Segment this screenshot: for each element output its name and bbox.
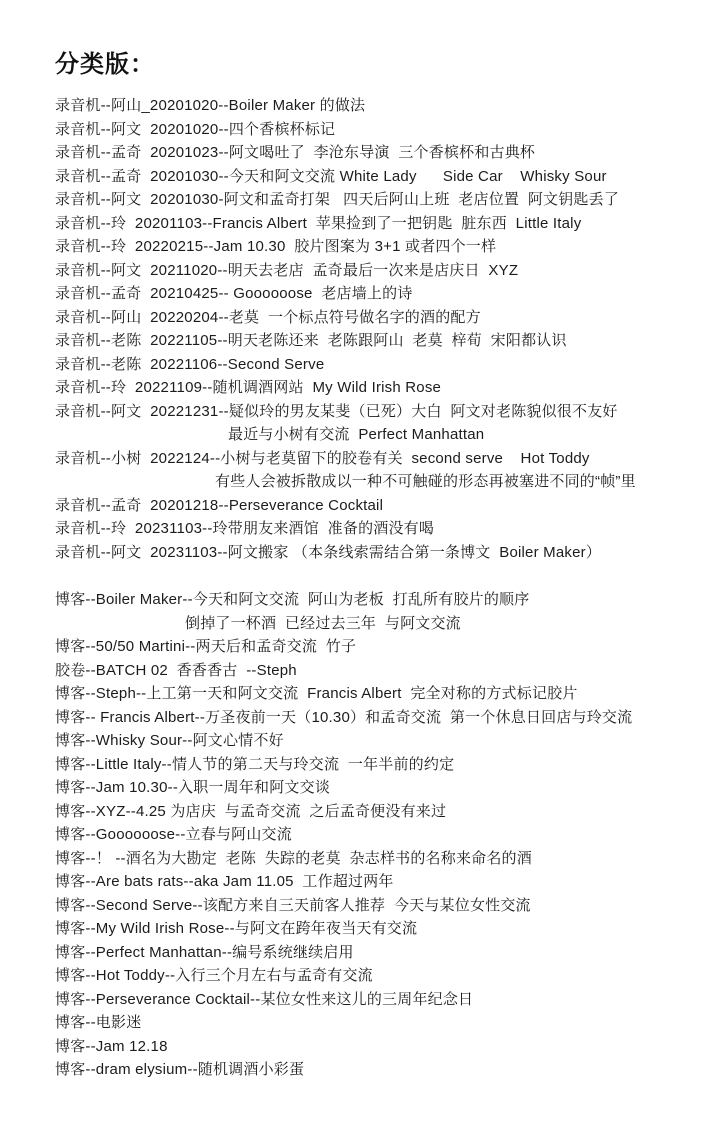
entry-line: 博客--Little Italy--情人节的第二天与玲交流 一年半前的约定 (55, 753, 712, 777)
entry-line: 录音机--阿文 20211020--明天去老店 孟奇最后一次来是店庆日 XYZ (55, 259, 712, 283)
entry-line: 博客--！ --酒名为大勘定 老陈 失踪的老莫 杂志样书的名称来命名的酒 (55, 847, 712, 871)
entry-line: 录音机--阿文 20201020--四个香槟杯标记 (55, 118, 712, 142)
entry-line: 博客--dram elysium--随机调酒小彩蛋 (55, 1058, 712, 1082)
entry-line: 博客--Are bats rats--aka Jam 11.05 工作超过两年 (55, 870, 712, 894)
entry-line: 录音机--玲 20231103--玲带朋友来酒馆 准备的酒没有喝 (55, 517, 712, 541)
entry-line: 录音机--老陈 20221106--Second Serve (55, 353, 712, 377)
entry-line: 有些人会被拆散成以一种不可触碰的形态再被塞进不同的“帧”里 (55, 470, 712, 494)
entry-line: 博客--XYZ--4.25 为店庆 与孟奇交流 之后孟奇便没有来过 (55, 800, 712, 824)
entry-line: 博客-- Francis Albert--万圣夜前一天（10.30）和孟奇交流 … (55, 706, 712, 730)
entry-line: 录音机--玲 20221109--随机调酒网站 My Wild Irish Ro… (55, 376, 712, 400)
entry-line: 录音机--阿文 20231103--阿文搬家 （本条线索需结合第一条博文 Boi… (55, 541, 712, 565)
entry-line: 博客--Goooooose--立春与阿山交流 (55, 823, 712, 847)
section-gap (55, 564, 712, 588)
entry-line: 博客--Boiler Maker--今天和阿文交流 阿山为老板 打乱所有胶片的顺… (55, 588, 712, 612)
entry-line: 倒掉了一杯酒 已经过去三年 与阿文交流 (55, 612, 712, 636)
entry-line: 录音机--玲 20220215--Jam 10.30 胶片图案为 3+1 或者四… (55, 235, 712, 259)
entry-line: 博客--Perfect Manhattan--编号系统继续启用 (55, 941, 712, 965)
entry-line: 博客--Jam 12.18 (55, 1035, 712, 1059)
entry-line: 博客--My Wild Irish Rose--与阿文在跨年夜当天有交流 (55, 917, 712, 941)
entry-line: 录音机--孟奇 20201218--Perseverance Cocktail (55, 494, 712, 518)
entry-line: 胶卷--BATCH 02 香香香古 --Steph (55, 659, 712, 683)
entry-line: 博客--Second Serve--该配方来自三天前客人推荐 今天与某位女性交流 (55, 894, 712, 918)
entry-line: 博客--Whisky Sour--阿文心情不好 (55, 729, 712, 753)
entry-line: 博客--50/50 Martini--两天后和孟奇交流 竹子 (55, 635, 712, 659)
page-title: 分类版： (55, 44, 712, 79)
entry-line: 录音机--小树 2022124--小树与老莫留下的胶卷有关 second ser… (55, 447, 712, 471)
document-page: 分类版： 录音机--阿山_20201020--Boiler Maker 的做法录… (0, 0, 720, 1136)
entry-line: 录音机--阿文 20221231--疑似玲的男友某斐（已死）大白 阿文对老陈貌似… (55, 400, 712, 424)
entry-line: 录音机--孟奇 20210425-- Goooooose 老店墙上的诗 (55, 282, 712, 306)
entry-line: 博客--Steph--上工第一天和阿文交流 Francis Albert 完全对… (55, 682, 712, 706)
blog-section: 博客--Boiler Maker--今天和阿文交流 阿山为老板 打乱所有胶片的顺… (55, 588, 712, 1082)
entry-line: 录音机--孟奇 20201023--阿文喝吐了 李沧东导演 三个香槟杯和古典杯 (55, 141, 712, 165)
entry-line: 录音机--阿山 20220204--老莫 一个标点符号做名字的酒的配方 (55, 306, 712, 330)
entry-line: 录音机--老陈 20221105--明天老陈还来 老陈跟阿山 老莫 梓荀 宋阳都… (55, 329, 712, 353)
recorder-section: 录音机--阿山_20201020--Boiler Maker 的做法录音机--阿… (55, 94, 712, 564)
entry-line: 录音机--阿山_20201020--Boiler Maker 的做法 (55, 94, 712, 118)
entry-line: 博客--电影迷 (55, 1011, 712, 1035)
entry-line: 博客--Jam 10.30--入职一周年和阿文交谈 (55, 776, 712, 800)
entry-line: 录音机--阿文 20201030-阿文和孟奇打架 四天后阿山上班 老店位置 阿文… (55, 188, 712, 212)
entry-line: 录音机--孟奇 20201030--今天和阿文交流 White Lady Sid… (55, 165, 712, 189)
entry-line: 录音机--玲 20201103--Francis Albert 苹果捡到了一把钥… (55, 212, 712, 236)
entry-line: 博客--Hot Toddy--入行三个月左右与孟奇有交流 (55, 964, 712, 988)
entry-line: 博客--Perseverance Cocktail--某位女性来这儿的三周年纪念… (55, 988, 712, 1012)
entry-line: 最近与小树有交流 Perfect Manhattan (55, 423, 712, 447)
